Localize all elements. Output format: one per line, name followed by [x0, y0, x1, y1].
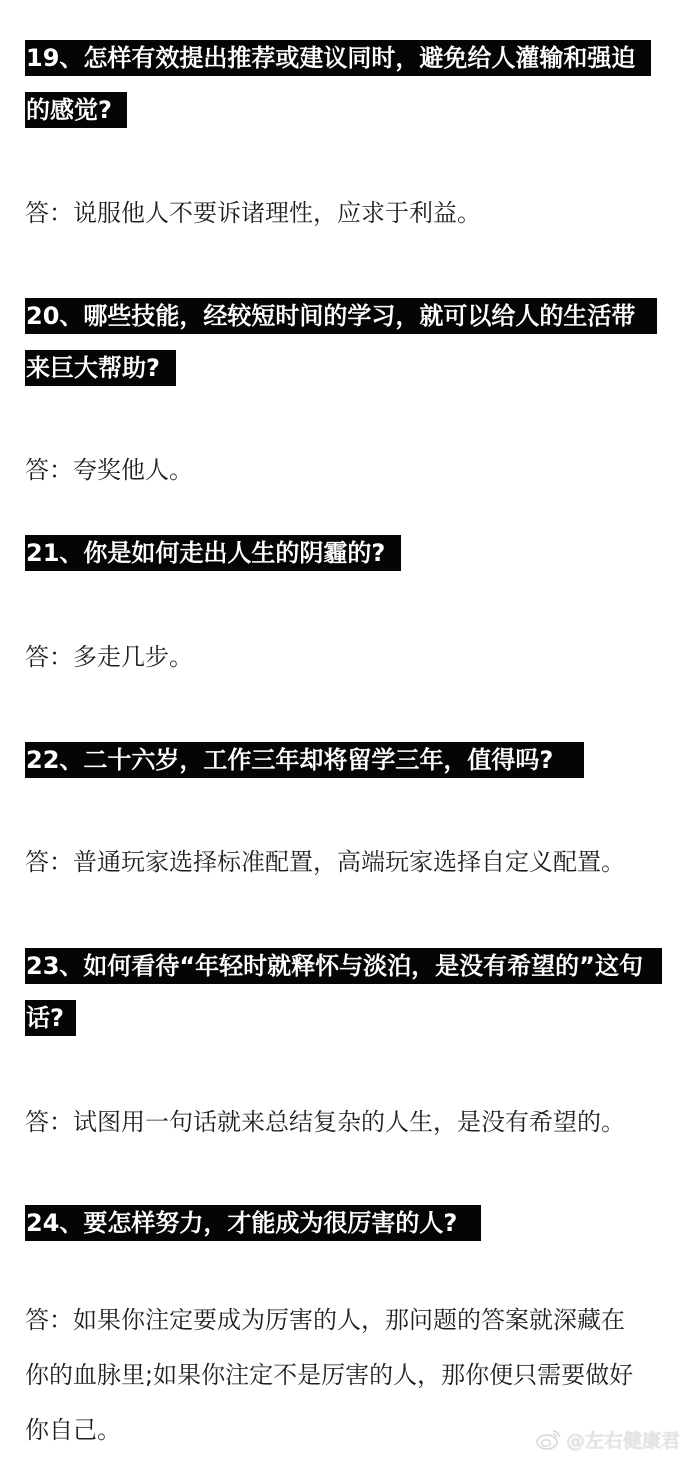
- question-24-line-1: 24、要怎样努力，才能成为很厉害的人?: [25, 1205, 481, 1241]
- answer-20-line-1: 答：夸奖他人。: [25, 452, 193, 488]
- question-20-line-1: 20、哪些技能，经较短时间的学习，就可以给人的生活带: [25, 298, 657, 334]
- watermark: @左右健康君: [536, 1425, 680, 1453]
- answer-24-line-3: 你自己。: [25, 1412, 121, 1448]
- question-19-line-2: 的感觉?: [25, 92, 127, 128]
- answer-21-line-1: 答：多走几步。: [25, 639, 193, 675]
- answer-24-line-1: 答：如果你注定要成为厉害的人，那问题的答案就深藏在: [25, 1302, 625, 1338]
- question-23-line-1: 23、如何看待“年轻时就释怀与淡泊，是没有希望的”这句: [25, 948, 662, 984]
- question-22-line-1: 22、二十六岁，工作三年却将留学三年，值得吗?: [25, 742, 584, 778]
- watermark-text: @左右健康君: [566, 1426, 680, 1453]
- question-21-line-1: 21、你是如何走出人生的阴霾的?: [25, 535, 401, 571]
- answer-22-line-1: 答：普通玩家选择标准配置，高端玩家选择自定义配置。: [25, 844, 625, 880]
- question-20-line-2: 来巨大帮助?: [25, 350, 176, 386]
- answer-19-line-1: 答：说服他人不要诉诸理性，应求于利益。: [25, 195, 481, 231]
- weibo-logo-icon: [536, 1428, 562, 1450]
- question-23-line-2: 话?: [25, 1000, 76, 1036]
- answer-23-line-1: 答：试图用一句话就来总结复杂的人生，是没有希望的。: [25, 1104, 625, 1140]
- question-19-line-1: 19、怎样有效提出推荐或建议同时，避免给人灌输和强迫: [25, 40, 651, 76]
- answer-24-line-2: 你的血脉里;如果你注定不是厉害的人，那你便只需要做好: [25, 1357, 633, 1393]
